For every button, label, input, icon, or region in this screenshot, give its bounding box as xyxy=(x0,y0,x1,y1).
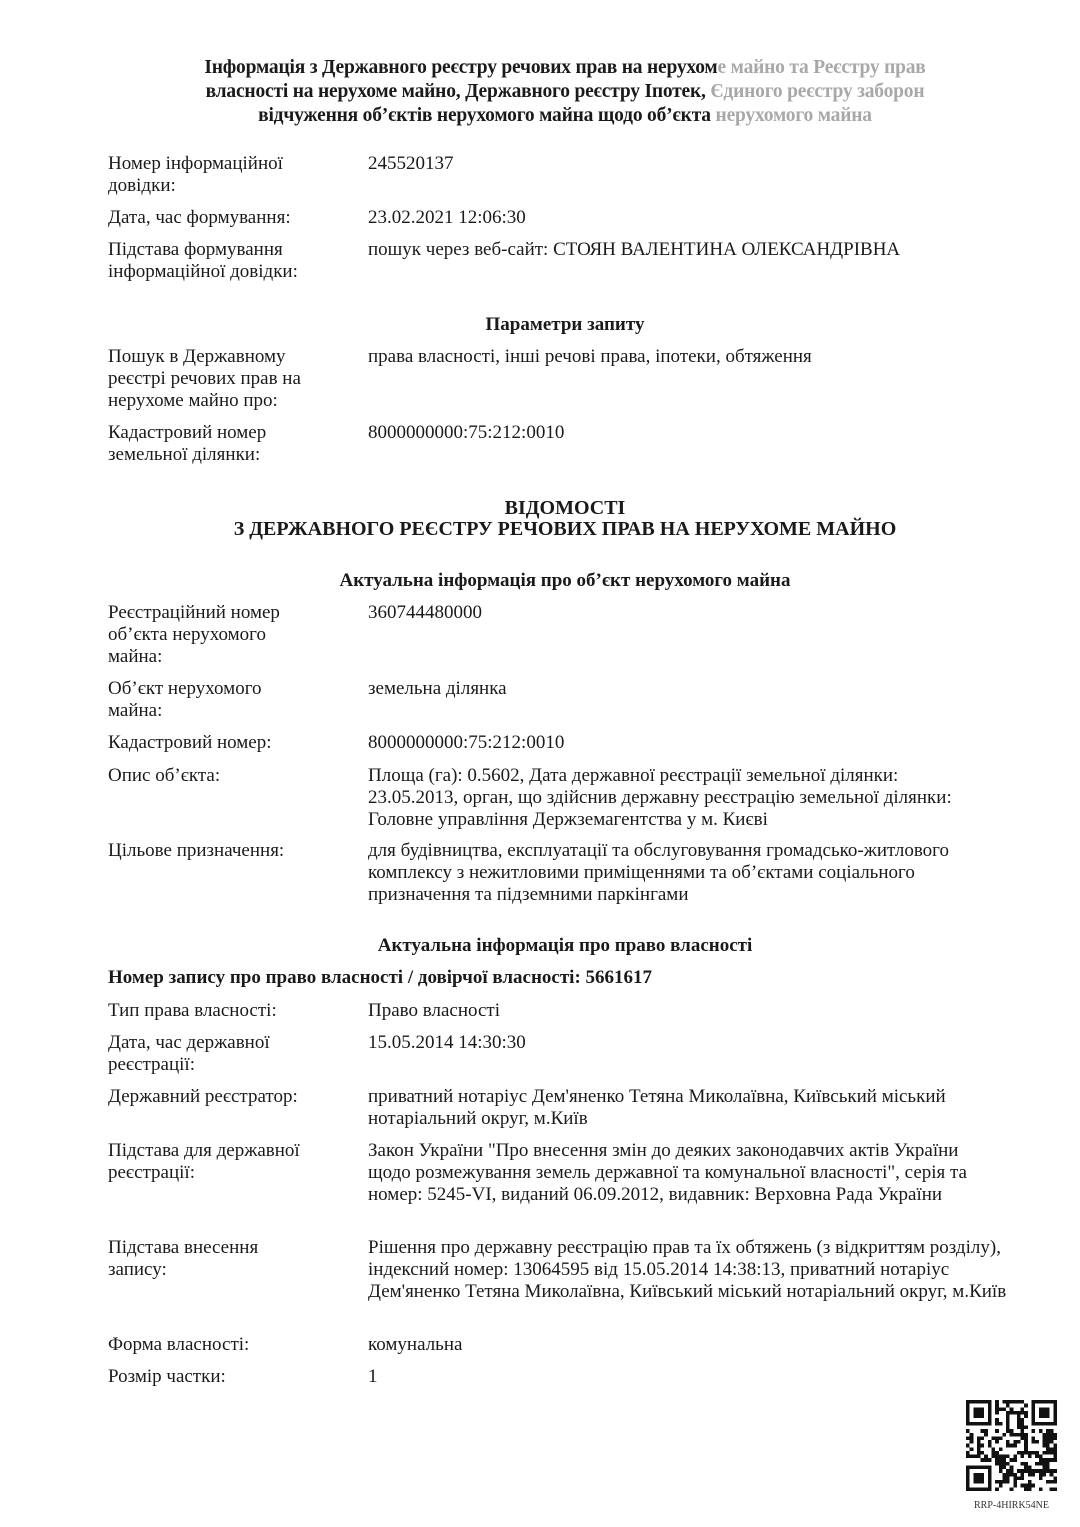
title-line-1: Інформація з Державного реєстру речових … xyxy=(204,57,717,78)
field-label: Форма власності: xyxy=(108,1334,358,1356)
qr-code-icon xyxy=(966,1400,1057,1491)
title-line-2: власності на нерухоме майно, Державного … xyxy=(206,81,711,102)
field-value: земельна ділянка xyxy=(368,678,1008,700)
field-label: Дата, час формування: xyxy=(108,207,358,229)
field-value: 8000000000:75:212:0010 xyxy=(368,732,1008,754)
field-value: 360744480000 xyxy=(368,602,1008,624)
field-label: Пошук в Державному реєстрі речових прав … xyxy=(108,346,343,412)
field-value: для будівництва, експлуатації та обслуго… xyxy=(368,840,1008,906)
query-params-heading: Параметри запиту xyxy=(100,314,1030,336)
field-label: Реєстраційний номер об’єкта нерухомого м… xyxy=(108,602,313,668)
title-line-1-faded: е майно та Реєстру прав xyxy=(717,57,925,78)
title-line-2-faded: Єдиного реєстру заборон xyxy=(710,81,924,102)
field-value: комунальна xyxy=(368,1334,1008,1356)
field-label: Дата, час державної реєстрації: xyxy=(108,1032,308,1076)
ownership-record-number: Номер запису про право власності / довір… xyxy=(108,967,1008,989)
field-value: Закон України "Про внесення змін до деяк… xyxy=(368,1140,988,1206)
field-label: Цільове призначення: xyxy=(108,840,358,862)
field-value: пошук через веб-сайт: СТОЯН ВАЛЕНТИНА ОЛ… xyxy=(368,239,1008,261)
field-value: Право власності xyxy=(368,1000,1008,1022)
field-label: Кадастровий номер земельної ділянки: xyxy=(108,422,308,466)
field-label: Підстава для державної реєстрації: xyxy=(108,1140,343,1184)
field-value: приватний нотаріус Дем'яненко Тетяна Мик… xyxy=(368,1086,968,1130)
field-label: Підстава формування інформаційної довідк… xyxy=(108,239,338,283)
object-info-heading: Актуальна інформація про об’єкт нерухомо… xyxy=(100,570,1030,592)
document-title: Інформація з Державного реєстру речових … xyxy=(100,56,1030,128)
registry-heading-line-2: З ДЕРЖАВНОГО РЕЄСТРУ РЕЧОВИХ ПРАВ НА НЕР… xyxy=(100,518,1030,540)
field-label: Розмір частки: xyxy=(108,1366,358,1388)
field-value: 1 xyxy=(368,1366,1008,1388)
registry-heading-line-1: ВІДОМОСТІ xyxy=(100,497,1030,519)
field-value: права власності, інші речові права, іпот… xyxy=(368,346,1008,368)
document-page: Інформація з Державного реєстру речових … xyxy=(0,0,1080,1527)
field-label: Тип права власності: xyxy=(108,1000,358,1022)
field-label: Кадастровий номер: xyxy=(108,732,358,754)
field-value: 8000000000:75:212:0010 xyxy=(368,422,1008,444)
field-value: 15.05.2014 14:30:30 xyxy=(368,1032,1008,1054)
field-label: Опис об’єкта: xyxy=(108,765,358,787)
field-label: Номер інформаційної довідки: xyxy=(108,153,308,197)
field-label: Підстава внесення запису: xyxy=(108,1237,308,1281)
field-label: Державний реєстратор: xyxy=(108,1086,358,1108)
field-value: 245520137 xyxy=(368,153,1008,175)
title-line-3-faded: нерухомого майна xyxy=(716,105,872,126)
field-label: Об’єкт нерухомого майна: xyxy=(108,678,298,722)
title-line-3: відчуження об’єктів нерухомого майна щод… xyxy=(258,105,715,126)
field-value: Площа (га): 0.5602, Дата державної реєст… xyxy=(368,765,968,831)
document-code: RRP-4HIRK54NE xyxy=(966,1500,1057,1511)
ownership-heading: Актуальна інформація про право власності xyxy=(100,935,1030,957)
field-value: 23.02.2021 12:06:30 xyxy=(368,207,1008,229)
field-value: Рішення про державну реєстрацію прав та … xyxy=(368,1237,1013,1303)
